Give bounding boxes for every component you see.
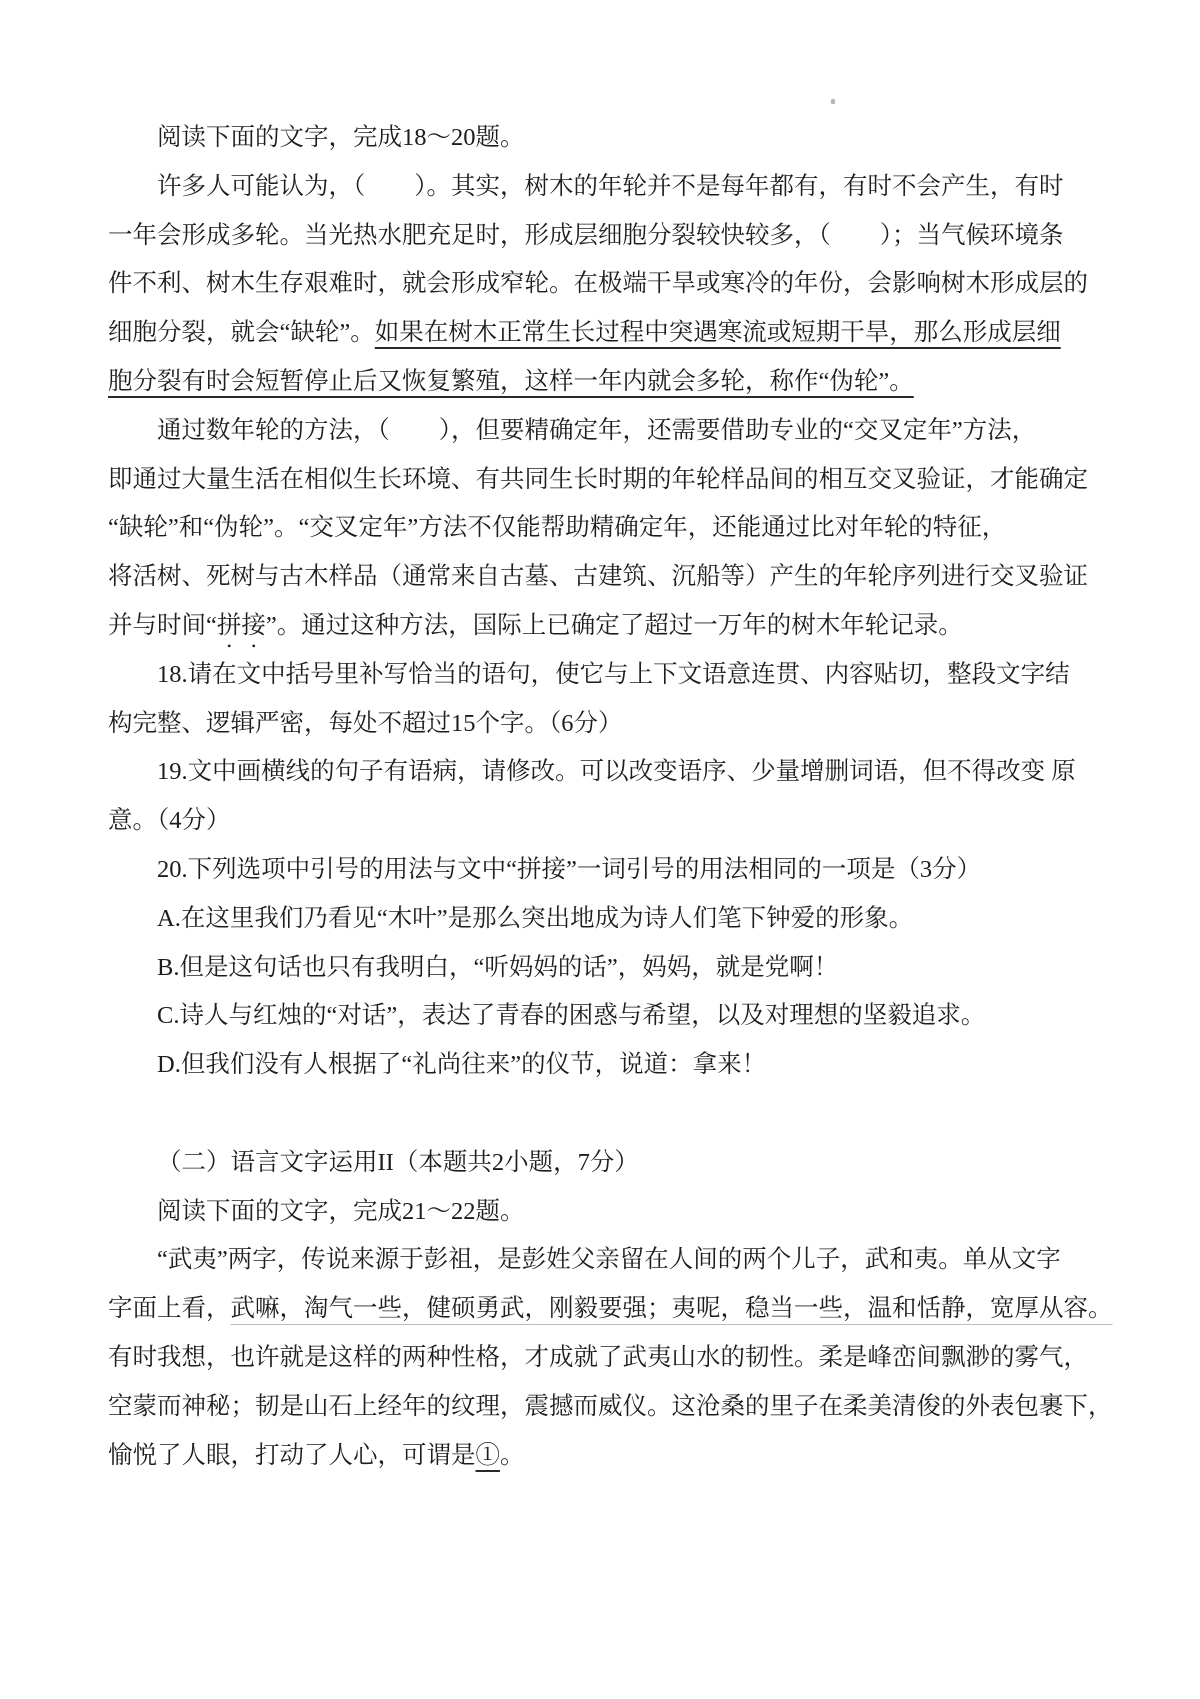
question-20-option-a: A.在这里我们乃看见“木叶”是那么突出地成为诗人们笔下钟爱的形象。: [108, 895, 1104, 944]
passage1-text: 细胞分裂，就会“缺轮”。: [108, 319, 375, 346]
passage2-text: ”。通过这种方法，国际上已确定了超过一万年的树木年轮记录。: [266, 612, 963, 639]
passage2-line: “缺轮”和“伪轮”。“交叉定年”方法不仅能帮助精确定年，还能通过比对年轮的特征，: [108, 504, 1104, 553]
passage1-line: 件不利、树木生存艰难时，就会形成窄轮。在极端干旱或寒冷的年份，会影响树木形成层的: [108, 260, 1104, 309]
passage2-line: 即通过大量生活在相似生长环境、有共同生长时期的年轮样品间的相互交叉验证，才能确定: [108, 456, 1104, 505]
reading-instruction-2: 阅读下面的文字，完成21～22题。: [108, 1188, 1104, 1237]
passage1-line: 细胞分裂，就会“缺轮”。如果在树木正常生长过程中突遇寒流或短期干旱，那么形成层细: [108, 309, 1104, 358]
question-19-line: 19.文中画横线的句子有语病，请修改。可以改变语序、少量增删词语，但不得改变 原: [108, 748, 1104, 797]
wuyi-passage-line: 有时我想，也许就是这样的两种性格，才成就了武夷山水的韧性。柔是峰峦间飘渺的雾气，: [108, 1334, 1104, 1383]
section-gap: [108, 1090, 1104, 1139]
underlined-sentence: 胞分裂有时会短暂停止后又恢复繁殖，这样一年内就会多轮，称作“伪轮”。: [108, 368, 914, 395]
wuyi-passage-line: 空蒙而神秘；韧是山石上经年的纹理，震撼而威仪。这沧桑的里子在柔美清俊的外表包裹下…: [108, 1383, 1104, 1432]
question-20-option-c: C.诗人与红烛的“对话”，表达了青春的困惑与希望，以及对理想的坚毅追求。: [108, 992, 1104, 1041]
wuyi-passage-line: “武夷”两字，传说来源于彭祖，是彭姓父亲留在人间的两个儿子，武和夷。单从文字: [108, 1236, 1104, 1285]
wuyi-text: 字面上看，: [108, 1295, 231, 1322]
question-18-line: 18.请在文中括号里补写恰当的语句，使它与上下文语意连贯、内容贴切，整段文字结: [108, 651, 1104, 700]
exam-page: 阅读下面的文字，完成18～20题。 许多人可能认为，（ ）。其实，树木的年轮并不…: [0, 0, 1200, 1699]
question-19-line: 意。（4分）: [108, 797, 1104, 846]
wuyi-passage-line: 字面上看，武嘛，淘气一些，健硕勇武，刚毅要强；夷呢，稳当一些，温和恬静，宽厚从容…: [108, 1285, 1104, 1334]
reading-instruction-1: 阅读下面的文字，完成18～20题。: [108, 114, 1104, 163]
passage2-line: 通过数年轮的方法，（ ），但要精确定年，还需要借助专业的“交叉定年”方法，: [108, 407, 1104, 456]
wuyi-text: 愉悦了人眼，打动了人心，可谓是: [108, 1442, 476, 1469]
blank-marker-1: ①: [476, 1442, 501, 1469]
wuyi-passage-line: 愉悦了人眼，打动了人心，可谓是①。: [108, 1432, 1104, 1481]
passage2-line: 将活树、死树与古木样品（通常来自古墓、古建筑、沉船等）产生的年轮序列进行交叉验证: [108, 553, 1104, 602]
scan-speck: [831, 99, 835, 104]
light-underlined-sentence: 武嘛，淘气一些，健硕勇武，刚毅要强；夷呢，稳当一些，温和恬静，宽厚从容。: [231, 1295, 1113, 1322]
section2-header: （二）语言文字运用II（本题共2小题，7分）: [108, 1139, 1104, 1188]
passage1-line: 一年会形成多轮。当光热水肥充足时，形成层细胞分裂较快较多，（ ）；当气候环境条: [108, 212, 1104, 261]
emphasized-word: 拼接: [217, 612, 266, 639]
question-18-line: 构完整、逻辑严密，每处不超过15个字。（6分）: [108, 700, 1104, 749]
underlined-sentence: 如果在树木正常生长过程中突遇寒流或短期干旱，那么形成层细: [375, 319, 1061, 346]
question-20-option-b: B.但是这句话也只有我明白，“听妈妈的话”，妈妈，就是党啊！: [108, 944, 1104, 993]
passage1-line: 胞分裂有时会短暂停止后又恢复繁殖，这样一年内就会多轮，称作“伪轮”。: [108, 358, 1104, 407]
question-20-stem: 20.下列选项中引号的用法与文中“拼接”一词引号的用法相同的一项是（3分）: [108, 846, 1104, 895]
passage2-line: 并与时间“拼接”。通过这种方法，国际上已确定了超过一万年的树木年轮记录。: [108, 602, 1104, 651]
passage1-line: 许多人可能认为，（ ）。其实，树木的年轮并不是每年都有，有时不会产生，有时: [108, 163, 1104, 212]
page-content: 阅读下面的文字，完成18～20题。 许多人可能认为，（ ）。其实，树木的年轮并不…: [0, 0, 1200, 1480]
passage2-text: 并与时间“: [108, 612, 217, 639]
wuyi-text: 。: [500, 1442, 525, 1469]
question-20-option-d: D.但我们没有人根据了“礼尚往来”的仪节，说道：拿来！: [108, 1041, 1104, 1090]
